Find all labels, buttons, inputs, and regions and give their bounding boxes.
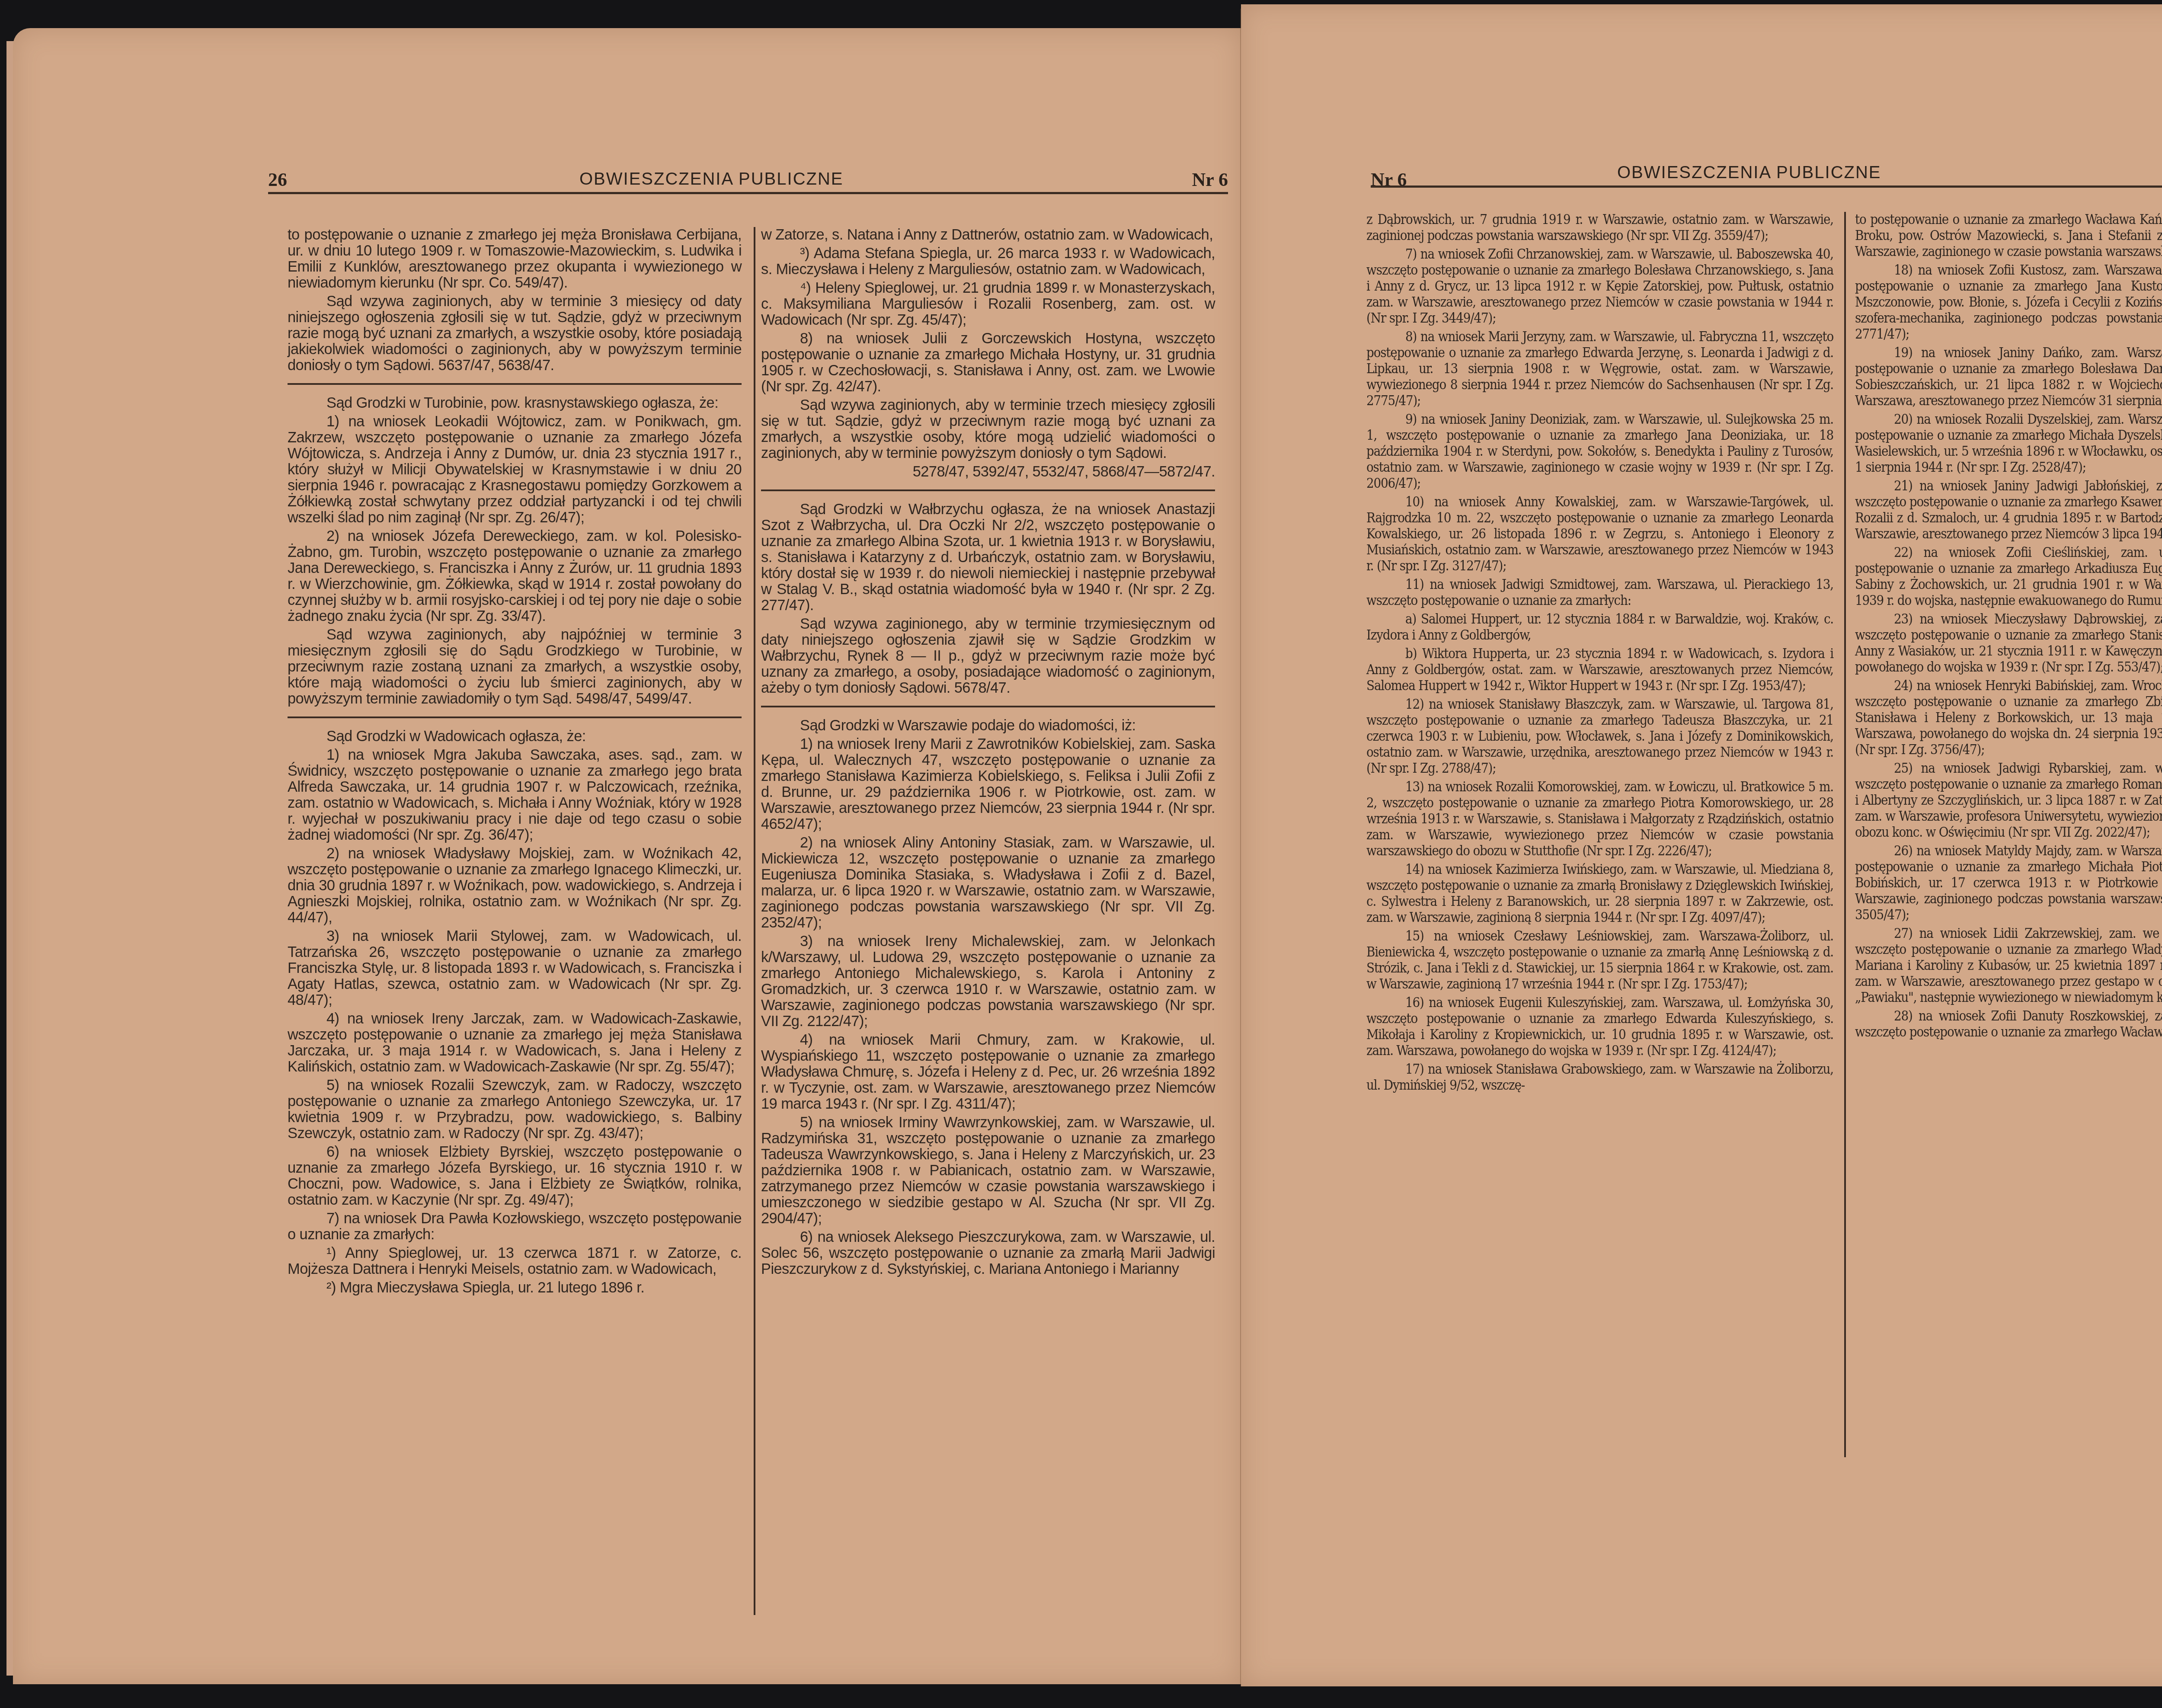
notice-paragraph: 2) na wniosek Władysławy Mojskiej, zam. … bbox=[288, 846, 742, 926]
notice-paragraph: 11) na wniosek Jadwigi Szmidtowej, zam. … bbox=[1366, 577, 1833, 609]
notice-paragraph: 5) na wniosek Irminy Wawrzynkowskiej, za… bbox=[761, 1115, 1215, 1227]
notice-paragraph: 7) na wniosek Zofii Chrzanowskiej, zam. … bbox=[1366, 246, 1833, 326]
case-reference: 5278/47, 5392/47, 5532/47, 5868/47—5872/… bbox=[761, 464, 1215, 480]
notice-paragraph: to postępowanie o uznanie z zmarłego jej… bbox=[288, 227, 742, 291]
notice-paragraph: z Dąbrowskich, ur. 7 grudnia 1919 r. w W… bbox=[1366, 212, 1833, 244]
notice-paragraph: ¹) Anny Spieglowej, ur. 13 czerwca 1871 … bbox=[288, 1245, 742, 1277]
notice-paragraph: 19) na wniosek Janiny Dańko, zam. Warsza… bbox=[1855, 345, 2162, 409]
header-rule bbox=[1371, 186, 2162, 188]
notice-paragraph: 4) na wniosek Ireny Jarczak, zam. w Wado… bbox=[288, 1011, 742, 1075]
notice-paragraph: w Zatorze, s. Natana i Anny z Dattnerów,… bbox=[761, 227, 1215, 243]
notice-paragraph: 6) na wniosek Aleksego Pieszczurykowa, z… bbox=[761, 1229, 1215, 1277]
right-column-2: to postępowanie o uznanie za zmarłego Wa… bbox=[1855, 212, 2162, 1043]
left-page-header: 26 OBWIESZCZENIA PUBLICZNE Nr 6 bbox=[268, 164, 1228, 195]
notice-paragraph: Sąd Grodzki w Turobinie, pow. krasnystaw… bbox=[288, 395, 742, 411]
notice-paragraph: 6) na wniosek Elżbiety Byrskiej, wszczęt… bbox=[288, 1144, 742, 1208]
notice-paragraph: 27) na wniosek Lidii Zakrzewskiej, zam. … bbox=[1855, 926, 2162, 1006]
notice-paragraph: 8) na wniosek Marii Jerzyny, zam. w Wars… bbox=[1366, 329, 1833, 409]
notice-paragraph: 12) na wniosek Stanisławy Błaszczyk, zam… bbox=[1366, 697, 1833, 777]
section-divider bbox=[288, 716, 742, 718]
notice-paragraph: 8) na wniosek Julii z Gorczewskich Hosty… bbox=[761, 331, 1215, 395]
section-divider bbox=[288, 383, 742, 385]
notice-paragraph: ²) Mgra Mieczysława Spiegla, ur. 21 lute… bbox=[288, 1280, 742, 1296]
notice-paragraph: 26) na wniosek Matyldy Majdy, zam. w War… bbox=[1855, 843, 2162, 923]
notice-paragraph: 1) na wniosek Mgra Jakuba Sawczaka, ases… bbox=[288, 747, 742, 843]
notice-paragraph: 22) na wniosek Zofii Cieślińskiej, zam. … bbox=[1855, 545, 2162, 609]
running-title: OBWIESZCZENIA PUBLICZNE bbox=[1617, 163, 1881, 182]
notice-paragraph: to postępowanie o uznanie za zmarłego Wa… bbox=[1855, 212, 2162, 260]
notice-paragraph: Sąd wzywa zaginionych, aby najpóźniej w … bbox=[288, 627, 742, 707]
notice-paragraph: 2) na wniosek Józefa Dereweckiego, zam. … bbox=[288, 528, 742, 624]
notice-paragraph: 20) na wniosek Rozalii Dyszelskiej, zam.… bbox=[1855, 412, 2162, 476]
notice-paragraph: 1) na wniosek Leokadii Wójtowicz, zam. w… bbox=[288, 414, 742, 526]
notice-paragraph: b) Wiktora Hupperta, ur. 23 stycznia 189… bbox=[1366, 646, 1833, 694]
notice-paragraph: 17) na wniosek Stanisława Grabowskiego, … bbox=[1366, 1062, 1833, 1094]
notice-paragraph: Sąd Grodzki w Warszawie podaje do wiadom… bbox=[761, 718, 1215, 734]
notice-paragraph: 13) na wniosek Rozalii Komorowskiej, zam… bbox=[1366, 779, 1833, 859]
notice-paragraph: 1) na wniosek Ireny Marii z Zawrotników … bbox=[761, 736, 1215, 832]
notice-paragraph: 23) na wniosek Mieczysławy Dąbrowskiej, … bbox=[1855, 611, 2162, 675]
column-divider bbox=[1844, 212, 1846, 1457]
column-divider bbox=[754, 227, 755, 1615]
issue-number: Nr 6 bbox=[1192, 169, 1228, 191]
notice-paragraph: Sąd Grodzki w Wałbrzychu ogłasza, że na … bbox=[761, 502, 1215, 614]
notice-paragraph: 25) na wniosek Jadwigi Rybarskiej, zam. … bbox=[1855, 761, 2162, 841]
right-column-1: z Dąbrowskich, ur. 7 grudnia 1919 r. w W… bbox=[1366, 212, 1833, 1096]
notice-paragraph: ⁴) Heleny Spieglowej, ur. 21 grudnia 189… bbox=[761, 280, 1215, 328]
notice-paragraph: Sąd Grodzki w Wadowicach ogłasza, że: bbox=[288, 729, 742, 745]
notice-paragraph: 10) na wniosek Anny Kowalskiej, zam. w W… bbox=[1366, 494, 1833, 574]
notice-paragraph: 18) na wniosek Zofii Kustosz, zam. Warsz… bbox=[1855, 262, 2162, 342]
notice-paragraph: 4) na wniosek Marii Chmury, zam. w Krako… bbox=[761, 1032, 1215, 1112]
notice-paragraph: 24) na wniosek Henryki Babińskiej, zam. … bbox=[1855, 678, 2162, 758]
notice-paragraph: Sąd wzywa zaginionych, aby w terminie 3 … bbox=[288, 294, 742, 374]
notice-paragraph: 16) na wniosek Eugenii Kuleszyńskiej, za… bbox=[1366, 995, 1833, 1059]
right-page: Nr 6 OBWIESZCZENIA PUBLICZNE 27 z Dąbrow… bbox=[1241, 4, 2162, 1686]
notice-paragraph: 7) na wniosek Dra Pawła Kozłowskiego, ws… bbox=[288, 1211, 742, 1243]
notice-paragraph: 9) na wniosek Janiny Deoniziak, zam. w W… bbox=[1366, 412, 1833, 492]
notice-paragraph: Sąd wzywa zaginionego, aby w terminie tr… bbox=[761, 616, 1215, 696]
notice-paragraph: 3) na wniosek Ireny Michalewskiej, zam. … bbox=[761, 934, 1215, 1030]
notice-paragraph: 2) na wniosek Aliny Antoniny Stasiak, za… bbox=[761, 835, 1215, 931]
notice-paragraph: 28) na wniosek Zofii Danuty Roszkowskiej… bbox=[1855, 1008, 2162, 1040]
notice-paragraph: Sąd wzywa zaginionych, aby w terminie tr… bbox=[761, 397, 1215, 461]
left-column-2: w Zatorze, s. Natana i Anny z Dattnerów,… bbox=[761, 227, 1215, 1280]
notice-paragraph: 3) na wniosek Marii Stylowej, zam. w Wad… bbox=[288, 928, 742, 1008]
notice-paragraph: 15) na wniosek Czesławy Leśniowskiej, za… bbox=[1366, 928, 1833, 992]
right-page-header: Nr 6 OBWIESZCZENIA PUBLICZNE 27 bbox=[1371, 158, 2162, 188]
notice-paragraph: ³) Adama Stefana Spiegla, ur. 26 marca 1… bbox=[761, 246, 1215, 278]
notice-paragraph: 21) na wniosek Janiny Jadwigi Jabłońskie… bbox=[1855, 478, 2162, 542]
running-title: OBWIESZCZENIA PUBLICZNE bbox=[579, 170, 844, 189]
page-number: 26 bbox=[268, 169, 287, 191]
left-column-1: to postępowanie o uznanie z zmarłego jej… bbox=[288, 227, 742, 1299]
notice-paragraph: 5) na wniosek Rozalii Szewczyk, zam. w R… bbox=[288, 1078, 742, 1142]
section-divider bbox=[761, 489, 1215, 491]
section-divider bbox=[761, 706, 1215, 707]
header-rule bbox=[268, 192, 1228, 194]
notice-paragraph: a) Salomei Huppert, ur. 12 stycznia 1884… bbox=[1366, 611, 1833, 643]
left-page: 26 OBWIESZCZENIA PUBLICZNE Nr 6 to postę… bbox=[13, 28, 1241, 1684]
notice-paragraph: 14) na wniosek Kazimierza Iwińskiego, za… bbox=[1366, 862, 1833, 926]
